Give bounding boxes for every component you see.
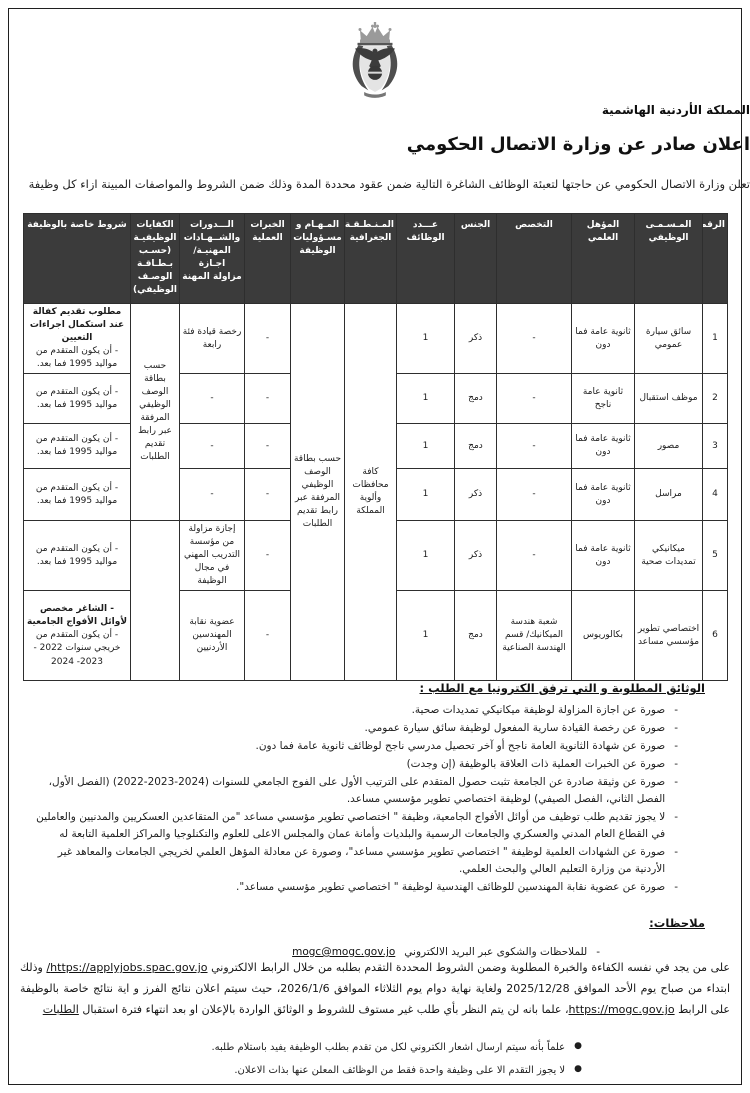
dash-bullet-icon: - <box>674 720 678 737</box>
list-item: - صورة عن شهادة الثانوية العامة ناجح أو … <box>30 738 678 755</box>
cell-courses: - <box>180 424 245 469</box>
paragraph-text: على من يجد في نفسه الكفاءة والخبرة المطل… <box>208 961 730 974</box>
cell-number: 2 <box>703 374 728 424</box>
list-item: ● لا يجوز التقدم الا على وظيفة واحدة فقط… <box>60 1063 582 1079</box>
cell-conditions: - أن يكون المتقدم من مواليد 1995 فما بعد… <box>24 424 131 469</box>
cell-job-title: مصور <box>635 424 703 469</box>
document-item-text: صورة عن شهادة الثانوية العامة ناجح أو آخ… <box>255 738 665 755</box>
col-header-competencies: الكفايات الوظيفيـة (حسـب بـطـاقـة الوصـف… <box>131 214 180 304</box>
application-instructions-paragraph: على من يجد في نفسه الكفاءة والخبرة المطل… <box>20 957 730 1020</box>
cell-competencies-empty <box>131 521 180 681</box>
cell-gender: ذكر <box>455 521 497 591</box>
notes-section-title: ملاحظات: <box>649 916 705 930</box>
cell-qualification: ثانوية عامة ناجح <box>572 374 635 424</box>
list-item: - صورة عن عضوية نقابة المهندسين للوظائف … <box>30 879 678 896</box>
cell-courses: عضوية نقابة المهندسين الأردنيين <box>180 591 245 681</box>
ministry-site-link[interactable]: https://mogc.gov.jo <box>569 1003 675 1016</box>
documents-list: - صورة عن اجازة المزاولة لوظيفة ميكانيكي… <box>30 702 678 897</box>
note-item-text: علماً بأنه سيتم ارسال اشعار الكتروني لكل… <box>211 1040 565 1056</box>
table-row: 1 سائق سيارة عمومي ثانوية عامة فما دون -… <box>24 304 728 374</box>
col-header-experience: الخبرات العملية <box>245 214 291 304</box>
cell-experience: - <box>245 469 291 521</box>
cell-number: 6 <box>703 591 728 681</box>
kingdom-name-calligraphy: المملكة الأردنية الهاشمية <box>0 103 750 117</box>
cell-conditions: - الشاغر مخصص لأوائل الأفواج الجامعية- أ… <box>24 591 131 681</box>
dash-bullet-icon: - <box>674 774 678 808</box>
dash-bullet-icon: - <box>674 702 678 719</box>
col-header-specialization: التخصص <box>497 214 572 304</box>
cell-job-title: اختصاصي تطوير مؤسسي مساعد <box>635 591 703 681</box>
cell-specialization: - <box>497 424 572 469</box>
cell-gender: ذكر <box>455 469 497 521</box>
cell-conditions: مطلوب تقديم كفالة عند استكمال اجراءات ال… <box>24 304 131 374</box>
paragraph-last-word: الطلبات <box>43 1003 79 1016</box>
cell-qualification: ثانوية عامة فما دون <box>572 304 635 374</box>
col-header-tasks: المـهـام و مسـؤوليات الوظيفة <box>291 214 345 304</box>
announcement-title: اعلان صادر عن وزارة الاتصال الحكومي <box>0 134 750 155</box>
dash-bullet-icon: - <box>674 756 678 773</box>
list-item: - صورة عن الخبرات العملية ذات العلاقة با… <box>30 756 678 773</box>
col-header-qualification: المؤهل العلمي <box>572 214 635 304</box>
cell-qualification: ثانوية عامة فما دون <box>572 424 635 469</box>
document-item-text: صورة عن عضوية نقابة المهندسين للوظائف ال… <box>236 879 665 896</box>
vacancies-table: الرقم المـسـمـى الوظيفي المؤهل العلمي ال… <box>23 213 728 681</box>
cell-courses: - <box>180 469 245 521</box>
cell-job-title: ميكانيكي تمديدات صحية <box>635 521 703 591</box>
cell-number: 5 <box>703 521 728 591</box>
cell-count: 1 <box>397 374 455 424</box>
cell-conditions: - أن يكون المتقدم من مواليد 1995 فما بعد… <box>24 374 131 424</box>
col-header-gender: الجنس <box>455 214 497 304</box>
cell-number: 1 <box>703 304 728 374</box>
col-header-region: المـنـطـقـة الجغرافية <box>345 214 397 304</box>
cell-experience: - <box>245 521 291 591</box>
document-item-text: صورة عن وثيقة صادرة عن الجامعة تثبت حصول… <box>30 774 665 808</box>
cell-conditions: - أن يكون المتقدم من مواليد 1995 فما بعد… <box>24 521 131 591</box>
cell-tasks-merged: حسب بطاقة الوصف الوظيفي المرفقة عبر رابط… <box>291 304 345 681</box>
cell-count: 1 <box>397 469 455 521</box>
cell-specialization: - <box>497 374 572 424</box>
col-header-courses: الـــدورات والشــهـادات المهنيـة/اجـازة … <box>180 214 245 304</box>
dash-bullet-icon: - <box>674 844 678 878</box>
col-header-job-title: المـسـمـى الوظيفي <box>635 214 703 304</box>
dash-bullet-icon: - <box>674 809 678 843</box>
cell-number: 4 <box>703 469 728 521</box>
cell-courses: رخصة قيادة فئة رابعة <box>180 304 245 374</box>
cell-conditions: - أن يكون المتقدم من مواليد 1995 فما بعد… <box>24 469 131 521</box>
col-header-number: الرقم <box>703 214 728 304</box>
cell-number: 3 <box>703 424 728 469</box>
cell-region-merged: كافة محافظات وألوية المملكة <box>345 304 397 681</box>
list-item: - صورة عن اجازة المزاولة لوظيفة ميكانيكي… <box>30 702 678 719</box>
cell-count: 1 <box>397 304 455 374</box>
list-item: ● علماً بأنه سيتم ارسال اشعار الكتروني ل… <box>60 1040 582 1056</box>
cell-gender: دمج <box>455 591 497 681</box>
document-item-text: صورة عن الخبرات العملية ذات العلاقة بالو… <box>407 756 666 773</box>
cell-specialization: - <box>497 469 572 521</box>
cell-courses: - <box>180 374 245 424</box>
list-item: - صورة عن رخصة القيادة سارية المفعول لوظ… <box>30 720 678 737</box>
cell-job-title: سائق سيارة عمومي <box>635 304 703 374</box>
cell-experience: - <box>245 304 291 374</box>
list-item: - صورة عن وثيقة صادرة عن الجامعة تثبت حص… <box>30 774 678 808</box>
cell-specialization: - <box>497 304 572 374</box>
cell-qualification: ثانوية عامة فما دون <box>572 521 635 591</box>
cell-experience: - <box>245 374 291 424</box>
cell-gender: ذكر <box>455 304 497 374</box>
document-item-text: صورة عن رخصة القيادة سارية المفعول لوظيف… <box>365 720 666 737</box>
announcement-intro: تعلن وزارة الاتصال الحكومي عن حاجتها لتع… <box>0 177 750 191</box>
list-item: - لا يجوز تقديم طلب توظيف من أوائل الأفو… <box>30 809 678 843</box>
cell-qualification: ثانوية عامة فما دون <box>572 469 635 521</box>
dash-bullet-icon: - <box>674 738 678 755</box>
cell-qualification: بكالوريوس <box>572 591 635 681</box>
scanned-announcement-page: المملكة الأردنية الهاشمية اعلان صادر عن … <box>0 0 750 1093</box>
cell-job-title: مراسل <box>635 469 703 521</box>
cell-count: 1 <box>397 521 455 591</box>
cell-specialization: - <box>497 521 572 591</box>
dash-bullet-icon: - <box>674 879 678 896</box>
apply-portal-link[interactable]: https://applyjobs.spac.gov.jo/ <box>46 961 207 974</box>
document-item-text: صورة عن الشهادات العلمية لوظيفة " اختصاص… <box>30 844 665 878</box>
cell-gender: دمج <box>455 424 497 469</box>
table-header-row: الرقم المـسـمـى الوظيفي المؤهل العلمي ال… <box>24 214 728 304</box>
col-header-conditions: شروط خاصة بالوظيفة <box>24 214 131 304</box>
note-item-text: لا يجوز التقدم الا على وظيفة واحدة فقط م… <box>234 1063 565 1079</box>
col-header-count: عـــدد الوظائف <box>397 214 455 304</box>
cell-experience: - <box>245 591 291 681</box>
document-item-text: لا يجوز تقديم طلب توظيف من أوائل الأفواج… <box>30 809 665 843</box>
list-item: - صورة عن الشهادات العلمية لوظيفة " اختص… <box>30 844 678 878</box>
round-bullet-icon: ● <box>574 1063 582 1079</box>
jordan-coat-of-arms-icon <box>333 22 417 102</box>
cell-courses: إجازة مزاولة من مؤسسة التدريب المهني في … <box>180 521 245 591</box>
round-bullet-icon: ● <box>574 1040 582 1056</box>
cell-experience: - <box>245 424 291 469</box>
final-notes-list: ● علماً بأنه سيتم ارسال اشعار الكتروني ل… <box>60 1040 582 1085</box>
cell-gender: دمج <box>455 374 497 424</box>
cell-count: 1 <box>397 591 455 681</box>
cell-count: 1 <box>397 424 455 469</box>
cell-competencies-merged: حسب بطاقة الوصف الوظيفي المرفقة عبر رابط… <box>131 304 180 521</box>
paragraph-text: ، علما بانه لن يتم النظر بأي طلب غير مست… <box>79 1003 569 1016</box>
documents-section-title: الوثائق المطلوبة و التي ترفق الكترونيا م… <box>420 681 705 695</box>
document-item-text: صورة عن اجازة المزاولة لوظيفة ميكانيكي ت… <box>412 702 666 719</box>
cell-job-title: موظف استقبال <box>635 374 703 424</box>
cell-specialization: شعبة هندسة الميكانيك/ قسم الهندسة الصناع… <box>497 591 572 681</box>
